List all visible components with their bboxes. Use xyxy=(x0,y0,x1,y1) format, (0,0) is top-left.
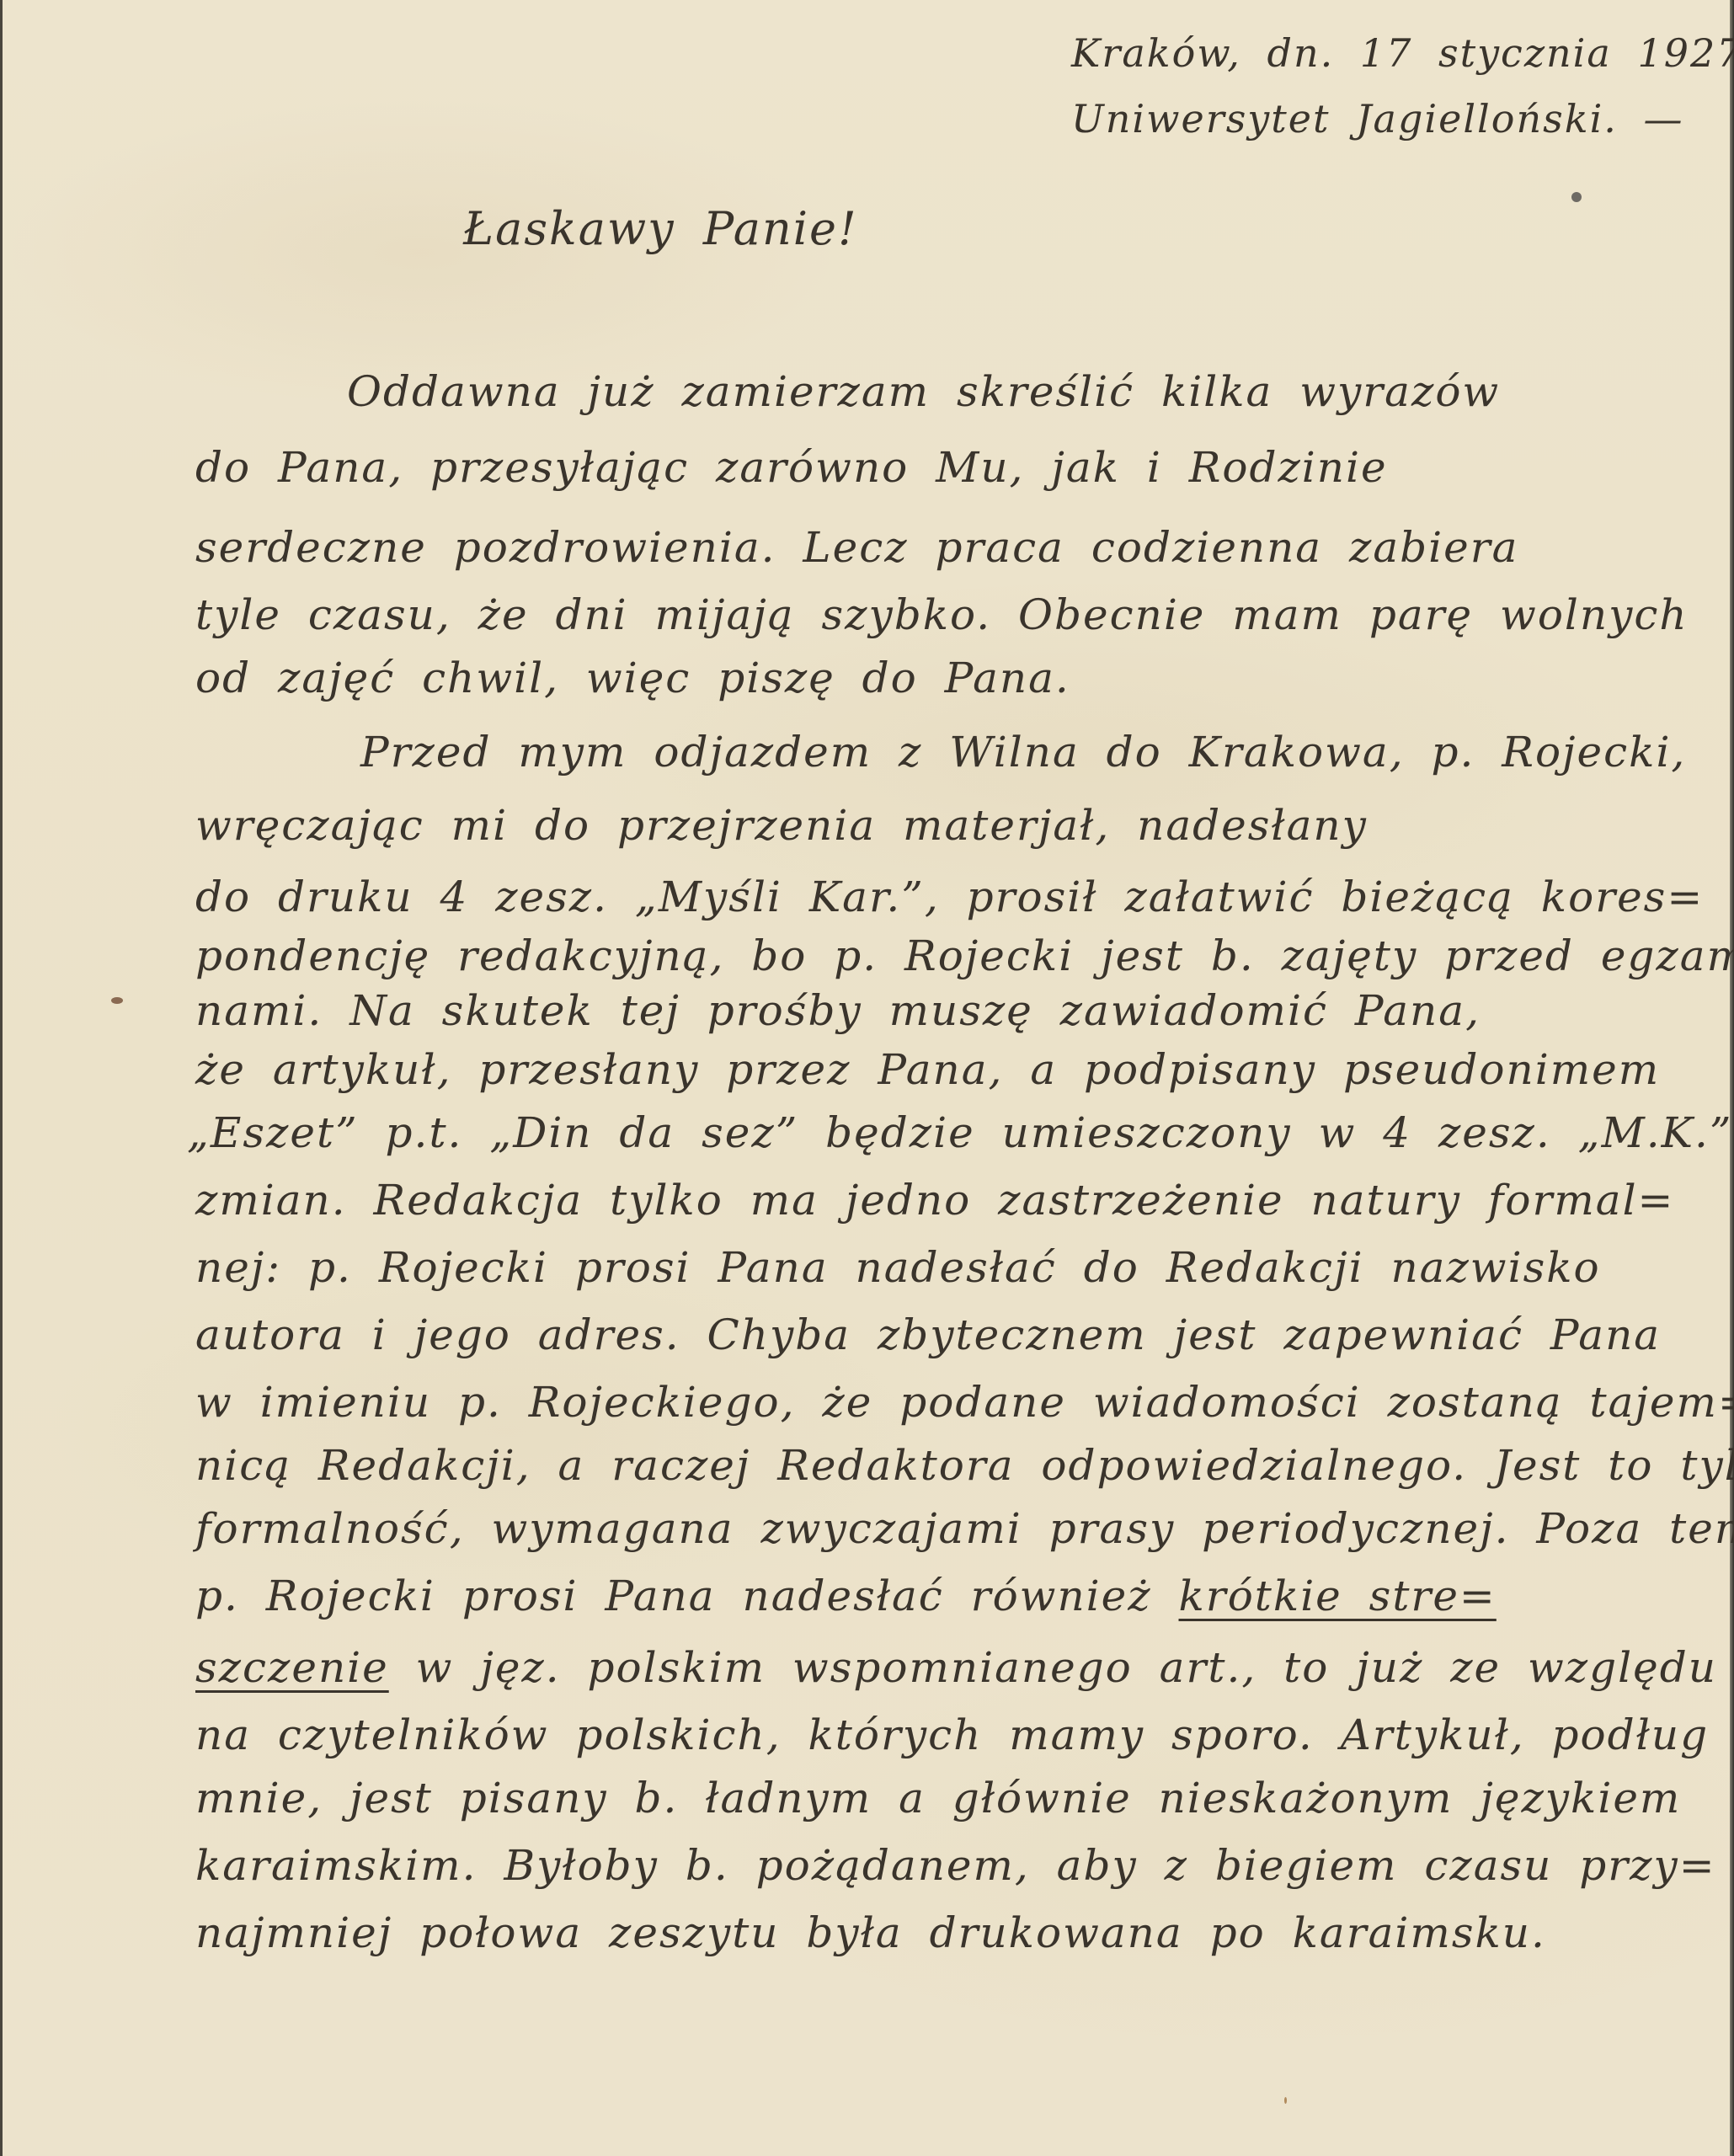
text-line: „Eszet” p.t. „Din da sez” będzie umieszc… xyxy=(187,1112,1734,1154)
text-line: serdeczne pozdrowienia. Lecz praca codzi… xyxy=(195,526,1518,568)
text-line: Oddawna już zamierzam skreślić kilka wyr… xyxy=(347,371,1500,413)
scan-edge-left xyxy=(0,0,3,2156)
scan-edge-right xyxy=(1730,0,1734,2156)
ink-spot xyxy=(1571,192,1582,202)
text-line: od zajęć chwil, więc piszę do Pana. xyxy=(195,657,1070,699)
text-line: autora i jego adres. Chyba zbytecznem je… xyxy=(195,1314,1661,1356)
text-line: na czytelników polskich, których mamy sp… xyxy=(195,1714,1709,1756)
text-line: do Pana, przesyłając zarówno Mu, jak i R… xyxy=(195,446,1388,488)
text-line: formalność, wymagana zwyczajami prasy pe… xyxy=(195,1508,1734,1550)
ink-spot xyxy=(111,997,123,1004)
text-line: nicą Redakcji, a raczej Redaktora odpowi… xyxy=(195,1444,1734,1486)
place-date: Kraków, dn. 17 stycznia 1927r. xyxy=(1071,34,1734,72)
text-line: w imieniu p. Rojeckiego, że podane wiado… xyxy=(195,1381,1734,1423)
text-line: nej: p. Rojecki prosi Pana nadesłać do R… xyxy=(195,1246,1601,1289)
text-line: pondencję redakcyjną, bo p. Rojecki jest… xyxy=(195,935,1734,977)
text-line: że artykuł, przesłany przez Pana, a podp… xyxy=(195,1049,1660,1091)
salutation: Łaskawy Panie! xyxy=(463,206,858,252)
text-line: nami. Na skutek tej prośby muszę zawiado… xyxy=(195,990,1481,1032)
text-line: Przed mym odjazdem z Wilna do Krakowa, p… xyxy=(360,731,1686,773)
text-line: szczenie w jęz. polskim wspomnianego art… xyxy=(195,1646,1717,1689)
text-line-start: p. Rojecki prosi Pana nadesłać również xyxy=(195,1572,1179,1620)
institution: Uniwersytet Jagielloński. — xyxy=(1071,99,1684,138)
text-line: p. Rojecki prosi Pana nadesłać również k… xyxy=(195,1575,1497,1617)
text-line: tyle czasu, że dni mijają szybko. Obecni… xyxy=(195,594,1689,636)
text-line: mnie, jest pisany b. ładnym a głównie ni… xyxy=(195,1777,1681,1819)
paper-speck xyxy=(1284,2097,1287,2104)
text-line: najmniej połowa zeszytu była drukowana p… xyxy=(195,1912,1546,1954)
underlined-emphasis: krótkie stre= xyxy=(1179,1572,1497,1620)
text-line: wręczając mi do przejrzenia materjał, na… xyxy=(195,804,1368,846)
text-line: do druku 4 zesz. „Myśli Kar.”, prosił za… xyxy=(195,876,1704,918)
text-line: karaimskim. Byłoby b. pożądanem, aby z b… xyxy=(195,1844,1716,1886)
underlined-emphasis: szczenie xyxy=(195,1643,389,1692)
letter-page: Kraków, dn. 17 stycznia 1927r. Uniwersyt… xyxy=(0,0,1734,2156)
text-line-end: w jęz. polskim wspomnianego art., to już… xyxy=(389,1643,1717,1692)
text-line: zmian. Redakcja tylko ma jedno zastrzeże… xyxy=(195,1179,1674,1221)
